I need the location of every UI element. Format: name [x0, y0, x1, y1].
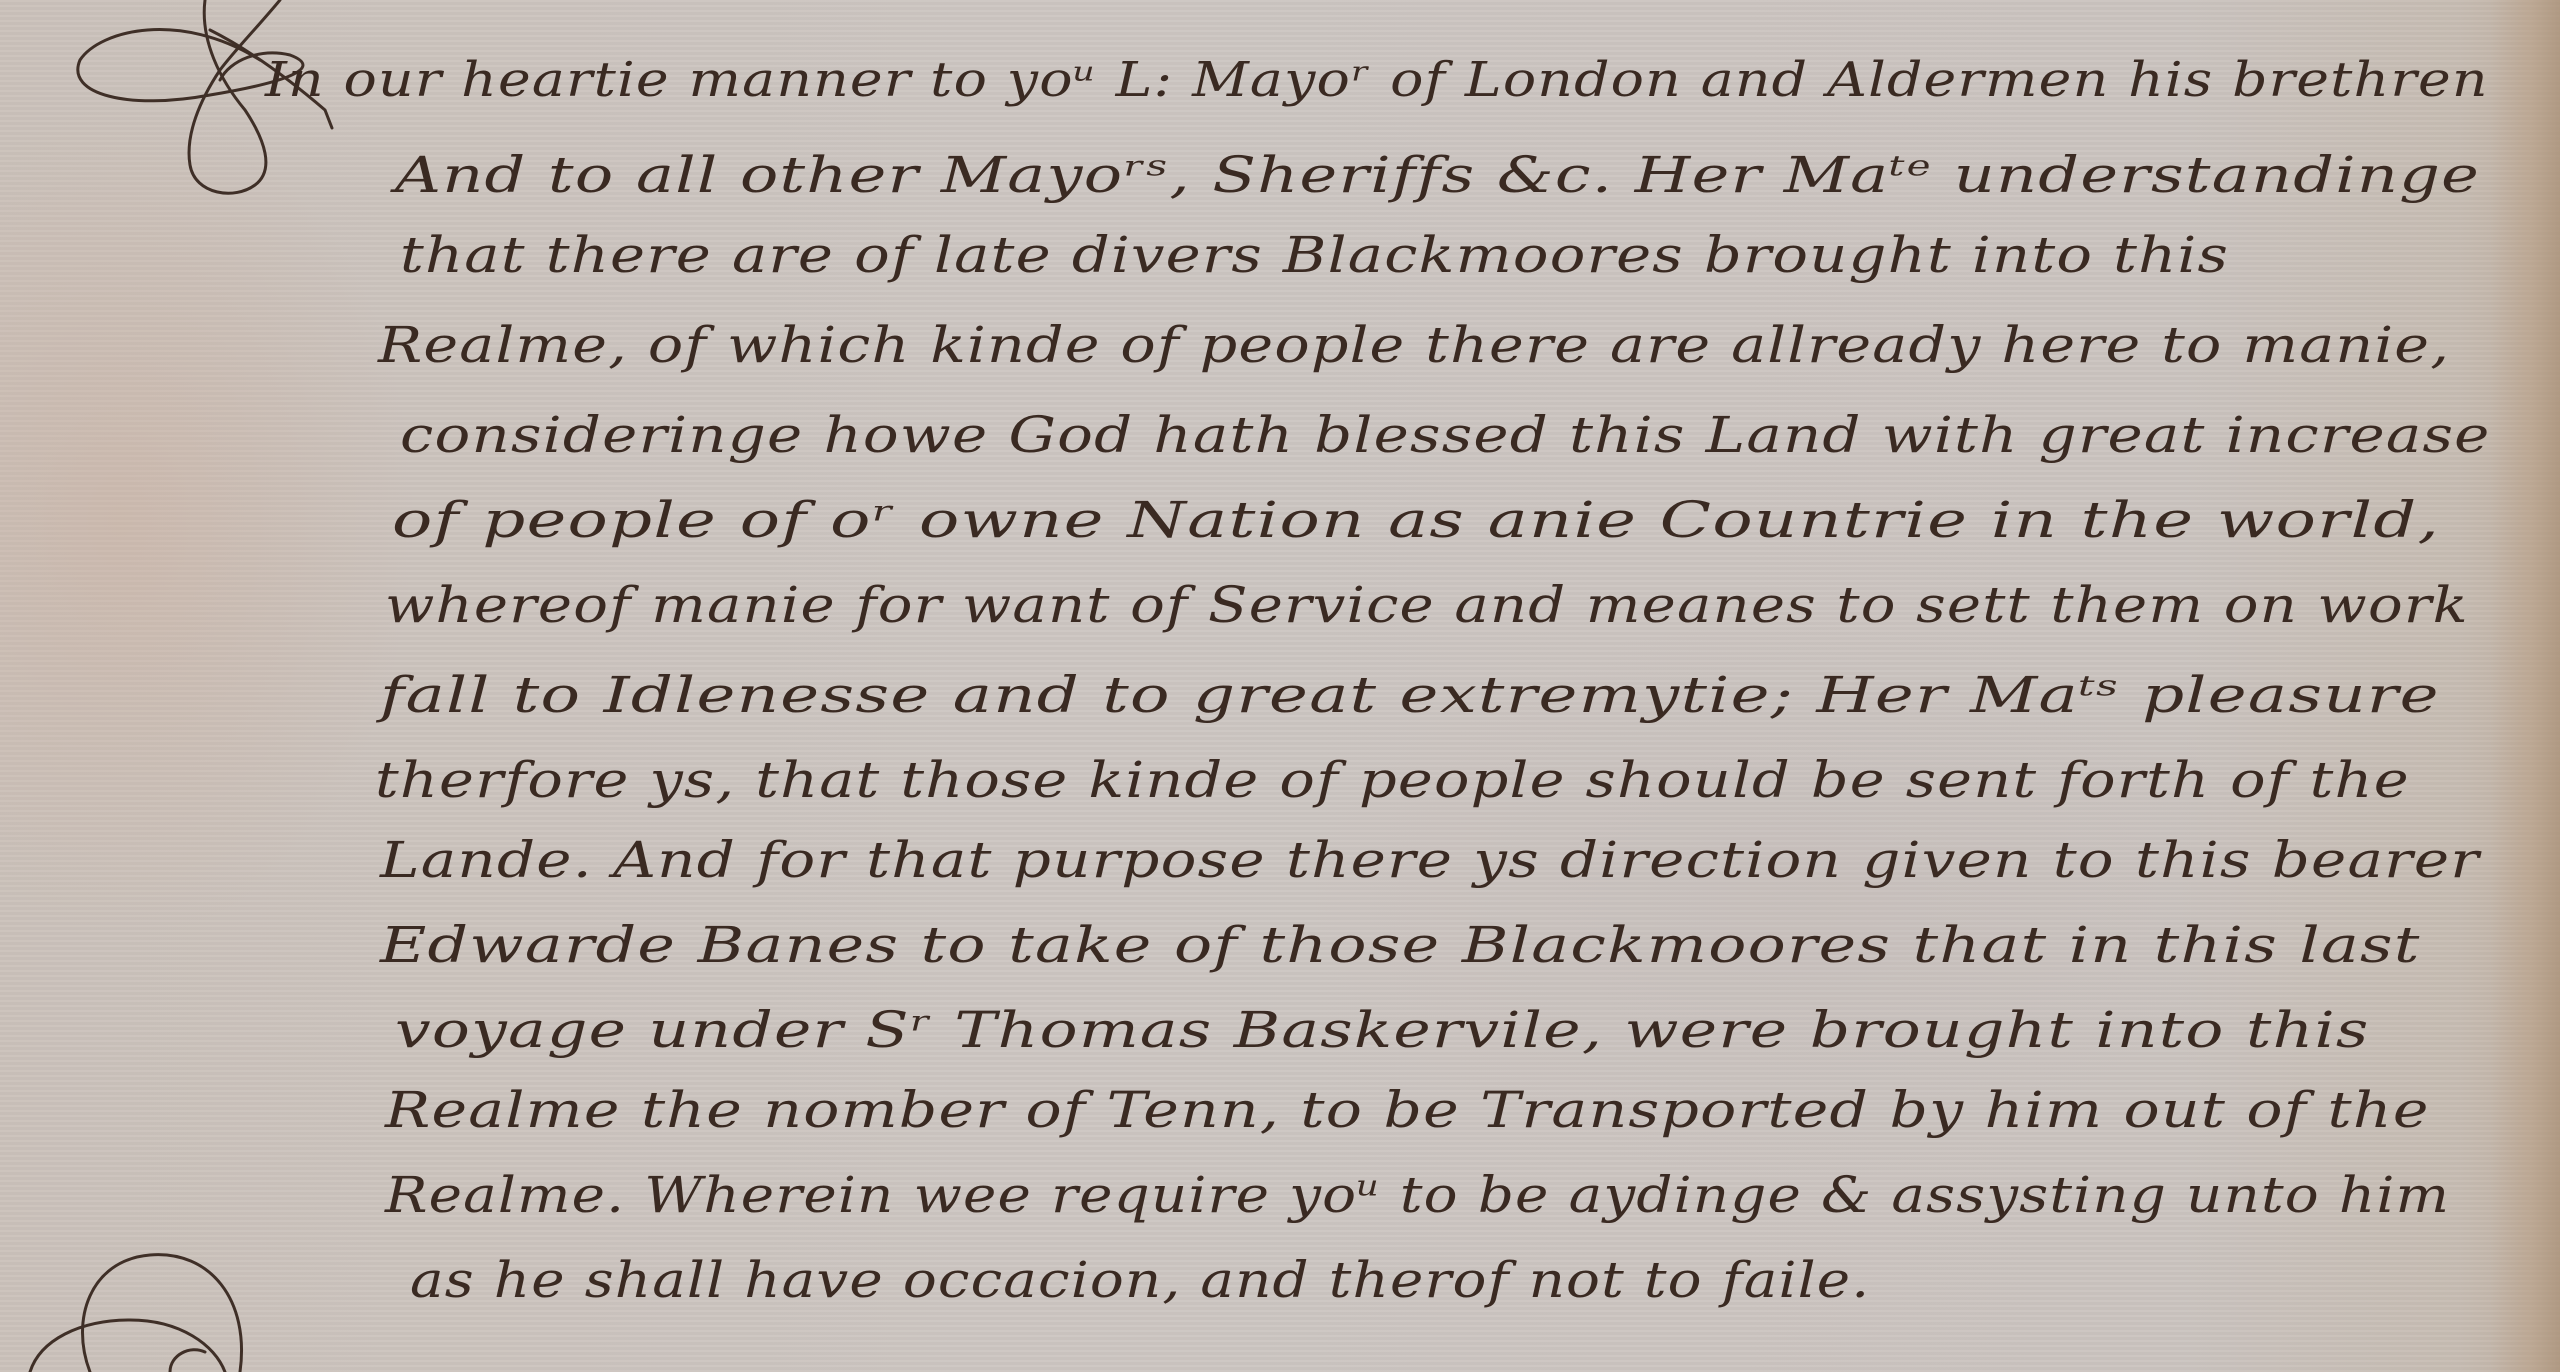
manuscript-line: as he shall have occacion, and therof no…	[410, 1250, 1870, 1310]
manuscript-line: Realme. Wherein wee require yoᵘ to be ay…	[385, 1165, 2450, 1225]
manuscript-line: that there are of late divers Blackmoore…	[400, 225, 2229, 285]
manuscript-line: consideringe howe God hath blessed this …	[400, 405, 2491, 465]
manuscript-line: In our heartie manner to yoᵘ L: Mayoʳ of…	[265, 50, 2489, 110]
manuscript-line: whereof manie for want of Service and me…	[385, 575, 2469, 635]
manuscript-line: Lande. And for that purpose there ys dir…	[380, 830, 2480, 890]
bottom-left-flourish-icon	[10, 1240, 330, 1372]
manuscript-line: Realme the nomber of Tenn, to be Transpo…	[385, 1080, 2430, 1140]
manuscript-line: of people of oʳ owne Nation as anie Coun…	[392, 490, 2440, 550]
page-edge	[2490, 0, 2560, 1372]
manuscript-line: Realme, of which kinde of people there a…	[378, 315, 2450, 375]
manuscript-line: Edwarde Banes to take of those Blackmoor…	[380, 915, 2421, 975]
manuscript-line: And to all other Mayoʳˢ, Sheriffs &c. He…	[395, 145, 2480, 205]
manuscript-line: fall to Idlenesse and to great extremyti…	[380, 665, 2440, 725]
manuscript-line: therfore ys, that those kinde of people …	[375, 750, 2410, 810]
manuscript-line: voyage under Sʳ Thomas Baskervile, were …	[395, 1000, 2370, 1060]
